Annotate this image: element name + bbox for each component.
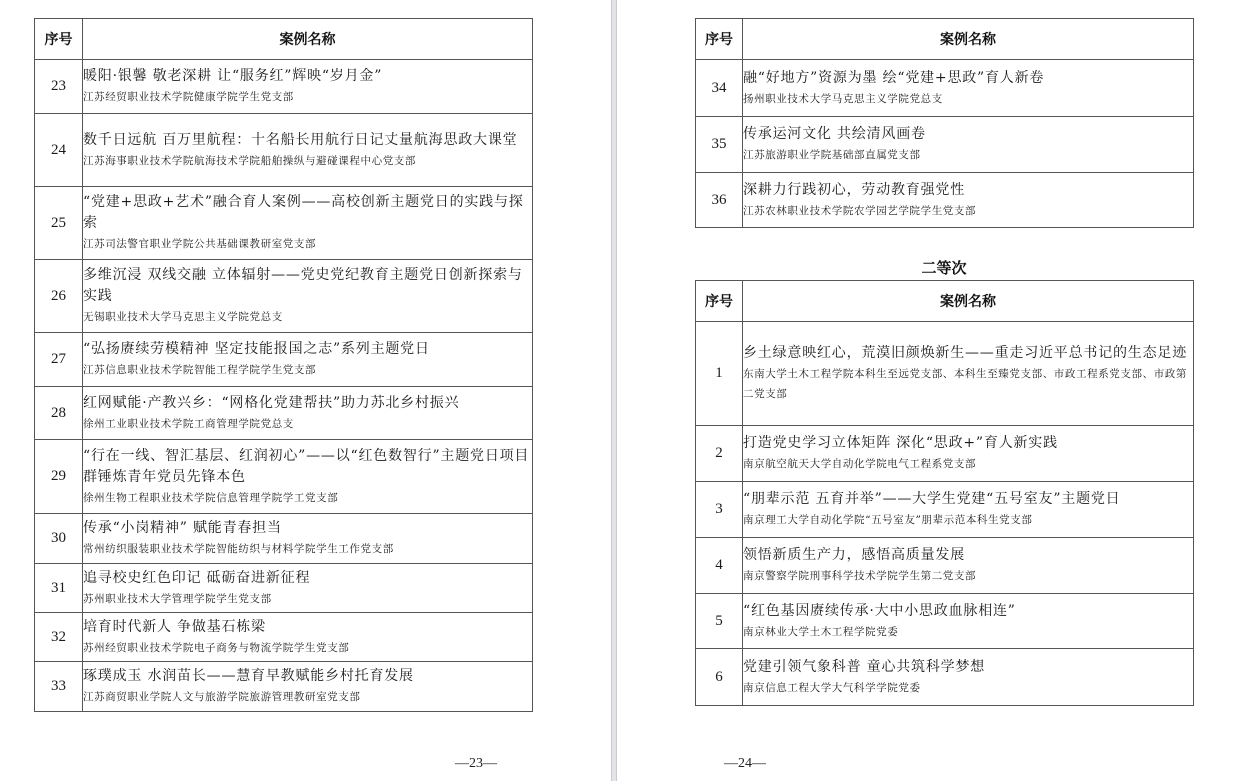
table-row: 6 党建引领气象科普 童心共筑科学梦想 南京信息工程大学大气科学学院党委 bbox=[696, 649, 1194, 706]
case-organization: 江苏商贸职业学院人文与旅游学院旅游管理教研室党支部 bbox=[83, 687, 532, 707]
case-cell: 红网赋能·产教兴乡：“网格化党建帮扶”助力苏北乡村振兴 徐州工业职业技术学院工商… bbox=[83, 387, 533, 440]
table-row: 28 红网赋能·产教兴乡：“网格化党建帮扶”助力苏北乡村振兴 徐州工业职业技术学… bbox=[35, 387, 533, 440]
row-number: 26 bbox=[35, 260, 83, 333]
table-row: 35 传承运河文化 共绘清风画卷 江苏旅游职业学院基础部直属党支部 bbox=[696, 117, 1194, 173]
row-number: 31 bbox=[35, 564, 83, 613]
case-organization: 江苏经贸职业技术学院健康学院学生党支部 bbox=[83, 87, 532, 107]
case-title: 暖阳·银馨 敬老深耕 让“服务红”辉映“岁月金” bbox=[83, 66, 532, 87]
row-number: 34 bbox=[696, 60, 743, 117]
row-number: 33 bbox=[35, 662, 83, 712]
case-cell: 数千日远航 百万里航程：十名船长用航行日记丈量航海思政大课堂 江苏海事职业技术学… bbox=[83, 114, 533, 187]
case-title: “朋辈示范 五育并举”——大学生党建“五号室友”主题党日 bbox=[743, 489, 1193, 510]
case-title: 深耕力行践初心，劳动教育强党性 bbox=[743, 180, 1193, 201]
case-cell: 传承运河文化 共绘清风画卷 江苏旅游职业学院基础部直属党支部 bbox=[743, 117, 1194, 173]
case-title: “行在一线、智汇基层、红润初心”——以“红色数智行”主题党日项目群锤炼青年党员先… bbox=[83, 446, 532, 488]
row-number: 36 bbox=[696, 173, 743, 228]
row-number: 28 bbox=[35, 387, 83, 440]
table-row: 32 培育时代新人 争做基石栋梁 苏州经贸职业技术学院电子商务与物流学院学生党支… bbox=[35, 613, 533, 662]
case-cell: “党建+思政+艺术”融合育人案例——高校创新主题党日的实践与探索 江苏司法警官职… bbox=[83, 187, 533, 260]
column-header-case-name: 案例名称 bbox=[743, 19, 1194, 60]
case-title: 多维沉浸 双线交融 立体辐射——党史党纪教育主题党日创新探索与实践 bbox=[83, 265, 532, 307]
row-number: 2 bbox=[696, 426, 743, 482]
column-header-number: 序号 bbox=[35, 19, 83, 60]
row-number: 5 bbox=[696, 594, 743, 649]
table-header-row: 序号 案例名称 bbox=[35, 19, 533, 60]
column-header-number: 序号 bbox=[696, 281, 743, 322]
row-number: 25 bbox=[35, 187, 83, 260]
case-cell: 融“好地方”资源为墨 绘“党建+思政”育人新卷 扬州职业技术大学马克思主义学院党… bbox=[743, 60, 1194, 117]
case-cell: “朋辈示范 五育并举”——大学生党建“五号室友”主题党日 南京理工大学自动化学院… bbox=[743, 482, 1194, 538]
case-organization: 徐州工业职业技术学院工商管理学院党总支 bbox=[83, 414, 532, 434]
case-organization: 常州纺织服装职业技术学院智能纺织与材料学院学生工作党支部 bbox=[83, 539, 532, 559]
table-row: 29 “行在一线、智汇基层、红润初心”——以“红色数智行”主题党日项目群锤炼青年… bbox=[35, 440, 533, 514]
row-number: 24 bbox=[35, 114, 83, 187]
table-row: 5 “红色基因赓续传承·大中小思政血脉相连” 南京林业大学土木工程学院党委 bbox=[696, 594, 1194, 649]
case-cell: 琢璞成玉 水润苗长——慧育早教赋能乡村托育发展 江苏商贸职业学院人文与旅游学院旅… bbox=[83, 662, 533, 712]
case-cell: 党建引领气象科普 童心共筑科学梦想 南京信息工程大学大气科学学院党委 bbox=[743, 649, 1194, 706]
case-title: 党建引领气象科普 童心共筑科学梦想 bbox=[743, 657, 1193, 678]
case-title: 追寻校史红色印记 砥砺奋进新征程 bbox=[83, 568, 532, 589]
row-number: 32 bbox=[35, 613, 83, 662]
cases-table-page-24-continued: 序号 案例名称 34 融“好地方”资源为墨 绘“党建+思政”育人新卷 扬州职业技… bbox=[695, 18, 1194, 228]
case-organization: 南京理工大学自动化学院“五号室友”朋辈示范本科生党支部 bbox=[743, 510, 1193, 530]
case-title: “弘扬赓续劳模精神 坚定技能报国之志”系列主题党日 bbox=[83, 339, 532, 360]
row-number: 3 bbox=[696, 482, 743, 538]
case-title: 传承运河文化 共绘清风画卷 bbox=[743, 124, 1193, 145]
row-number: 29 bbox=[35, 440, 83, 514]
case-organization: 南京航空航天大学自动化学院电气工程系党支部 bbox=[743, 454, 1193, 474]
table-row: 30 传承“小岗精神” 赋能青春担当 常州纺织服装职业技术学院智能纺织与材料学院… bbox=[35, 514, 533, 564]
case-cell: “弘扬赓续劳模精神 坚定技能报国之志”系列主题党日 江苏信息职业技术学院智能工程… bbox=[83, 333, 533, 387]
cases-table-page-23: 序号 案例名称 23 暖阳·银馨 敬老深耕 让“服务红”辉映“岁月金” 江苏经贸… bbox=[34, 18, 533, 712]
case-title: 培育时代新人 争做基石栋梁 bbox=[83, 617, 532, 638]
column-header-number: 序号 bbox=[696, 19, 743, 60]
case-organization: 江苏司法警官职业学院公共基础课教研室党支部 bbox=[83, 234, 532, 254]
case-cell: 暖阳·银馨 敬老深耕 让“服务红”辉映“岁月金” 江苏经贸职业技术学院健康学院学… bbox=[83, 60, 533, 114]
page-number-23: —23— bbox=[455, 756, 497, 772]
table-header-row: 序号 案例名称 bbox=[696, 281, 1194, 322]
table-header-row: 序号 案例名称 bbox=[696, 19, 1194, 60]
case-organization: 江苏农林职业技术学院农学园艺学院学生党支部 bbox=[743, 201, 1193, 221]
case-cell: 多维沉浸 双线交融 立体辐射——党史党纪教育主题党日创新探索与实践 无锡职业技术… bbox=[83, 260, 533, 333]
table-row: 2 打造党史学习立体矩阵 深化“思政+”育人新实践 南京航空航天大学自动化学院电… bbox=[696, 426, 1194, 482]
row-number: 23 bbox=[35, 60, 83, 114]
case-cell: “行在一线、智汇基层、红润初心”——以“红色数智行”主题党日项目群锤炼青年党员先… bbox=[83, 440, 533, 514]
row-number: 35 bbox=[696, 117, 743, 173]
case-title: 领悟新质生产力，感悟高质量发展 bbox=[743, 545, 1193, 566]
cases-table-second-prize: 序号 案例名称 1 乡土绿意映红心，荒漠旧颜焕新生——重走习近平总书记的生态足迹… bbox=[695, 280, 1194, 706]
case-organization: 苏州职业技术大学管理学院学生党支部 bbox=[83, 589, 532, 609]
case-cell: 领悟新质生产力，感悟高质量发展 南京警察学院刑事科学技术学院学生第二党支部 bbox=[743, 538, 1194, 594]
table-row: 27 “弘扬赓续劳模精神 坚定技能报国之志”系列主题党日 江苏信息职业技术学院智… bbox=[35, 333, 533, 387]
column-header-case-name: 案例名称 bbox=[743, 281, 1194, 322]
case-organization: 南京信息工程大学大气科学学院党委 bbox=[743, 678, 1193, 698]
case-organization: 徐州生物工程职业技术学院信息管理学院学工党支部 bbox=[83, 488, 532, 508]
table-row: 1 乡土绿意映红心，荒漠旧颜焕新生——重走习近平总书记的生态足迹 东南大学土木工… bbox=[696, 322, 1194, 426]
case-cell: “红色基因赓续传承·大中小思政血脉相连” 南京林业大学土木工程学院党委 bbox=[743, 594, 1194, 649]
case-cell: 深耕力行践初心，劳动教育强党性 江苏农林职业技术学院农学园艺学院学生党支部 bbox=[743, 173, 1194, 228]
case-title: “红色基因赓续传承·大中小思政血脉相连” bbox=[743, 601, 1193, 622]
table-row: 26 多维沉浸 双线交融 立体辐射——党史党纪教育主题党日创新探索与实践 无锡职… bbox=[35, 260, 533, 333]
case-organization: 南京警察学院刑事科学技术学院学生第二党支部 bbox=[743, 566, 1193, 586]
table-row: 31 追寻校史红色印记 砥砺奋进新征程 苏州职业技术大学管理学院学生党支部 bbox=[35, 564, 533, 613]
case-cell: 培育时代新人 争做基石栋梁 苏州经贸职业技术学院电子商务与物流学院学生党支部 bbox=[83, 613, 533, 662]
table-row: 4 领悟新质生产力，感悟高质量发展 南京警察学院刑事科学技术学院学生第二党支部 bbox=[696, 538, 1194, 594]
table-row: 24 数千日远航 百万里航程：十名船长用航行日记丈量航海思政大课堂 江苏海事职业… bbox=[35, 114, 533, 187]
table-row: 3 “朋辈示范 五育并举”——大学生党建“五号室友”主题党日 南京理工大学自动化… bbox=[696, 482, 1194, 538]
case-cell: 打造党史学习立体矩阵 深化“思政+”育人新实践 南京航空航天大学自动化学院电气工… bbox=[743, 426, 1194, 482]
case-cell: 追寻校史红色印记 砥砺奋进新征程 苏州职业技术大学管理学院学生党支部 bbox=[83, 564, 533, 613]
case-title: 打造党史学习立体矩阵 深化“思政+”育人新实践 bbox=[743, 433, 1193, 454]
case-title: 融“好地方”资源为墨 绘“党建+思政”育人新卷 bbox=[743, 68, 1193, 89]
row-number: 27 bbox=[35, 333, 83, 387]
case-organization: 无锡职业技术大学马克思主义学院党总支 bbox=[83, 307, 532, 327]
table-row: 23 暖阳·银馨 敬老深耕 让“服务红”辉映“岁月金” 江苏经贸职业技术学院健康… bbox=[35, 60, 533, 114]
column-header-case-name: 案例名称 bbox=[83, 19, 533, 60]
case-title: 数千日远航 百万里航程：十名船长用航行日记丈量航海思政大课堂 bbox=[83, 130, 532, 151]
table-row: 36 深耕力行践初心，劳动教育强党性 江苏农林职业技术学院农学园艺学院学生党支部 bbox=[696, 173, 1194, 228]
table-row: 34 融“好地方”资源为墨 绘“党建+思政”育人新卷 扬州职业技术大学马克思主义… bbox=[696, 60, 1194, 117]
row-number: 1 bbox=[696, 322, 743, 426]
row-number: 4 bbox=[696, 538, 743, 594]
case-title: 红网赋能·产教兴乡：“网格化党建帮扶”助力苏北乡村振兴 bbox=[83, 393, 532, 414]
section-title-second-prize: 二等次 bbox=[695, 257, 1193, 278]
case-organization: 扬州职业技术大学马克思主义学院党总支 bbox=[743, 89, 1193, 109]
case-title: 琢璞成玉 水润苗长——慧育早教赋能乡村托育发展 bbox=[83, 666, 532, 687]
table-row: 33 琢璞成玉 水润苗长——慧育早教赋能乡村托育发展 江苏商贸职业学院人文与旅游… bbox=[35, 662, 533, 712]
case-title: 乡土绿意映红心，荒漠旧颜焕新生——重走习近平总书记的生态足迹 bbox=[743, 343, 1193, 364]
case-cell: 乡土绿意映红心，荒漠旧颜焕新生——重走习近平总书记的生态足迹 东南大学土木工程学… bbox=[743, 322, 1194, 426]
page-number-24: —24— bbox=[724, 756, 766, 772]
table-row: 25 “党建+思政+艺术”融合育人案例——高校创新主题党日的实践与探索 江苏司法… bbox=[35, 187, 533, 260]
case-title: 传承“小岗精神” 赋能青春担当 bbox=[83, 518, 532, 539]
case-organization: 江苏旅游职业学院基础部直属党支部 bbox=[743, 145, 1193, 165]
case-cell: 传承“小岗精神” 赋能青春担当 常州纺织服装职业技术学院智能纺织与材料学院学生工… bbox=[83, 514, 533, 564]
case-organization: 苏州经贸职业技术学院电子商务与物流学院学生党支部 bbox=[83, 638, 532, 658]
case-organization: 江苏信息职业技术学院智能工程学院学生党支部 bbox=[83, 360, 532, 380]
case-organization: 江苏海事职业技术学院航海技术学院船舶操纵与避碰课程中心党支部 bbox=[83, 151, 532, 171]
case-organization: 东南大学土木工程学院本科生至远党支部、本科生至臻党支部、市政工程系党支部、市政第… bbox=[743, 364, 1193, 404]
case-organization: 南京林业大学土木工程学院党委 bbox=[743, 622, 1193, 642]
case-title: “党建+思政+艺术”融合育人案例——高校创新主题党日的实践与探索 bbox=[83, 192, 532, 234]
row-number: 30 bbox=[35, 514, 83, 564]
row-number: 6 bbox=[696, 649, 743, 706]
